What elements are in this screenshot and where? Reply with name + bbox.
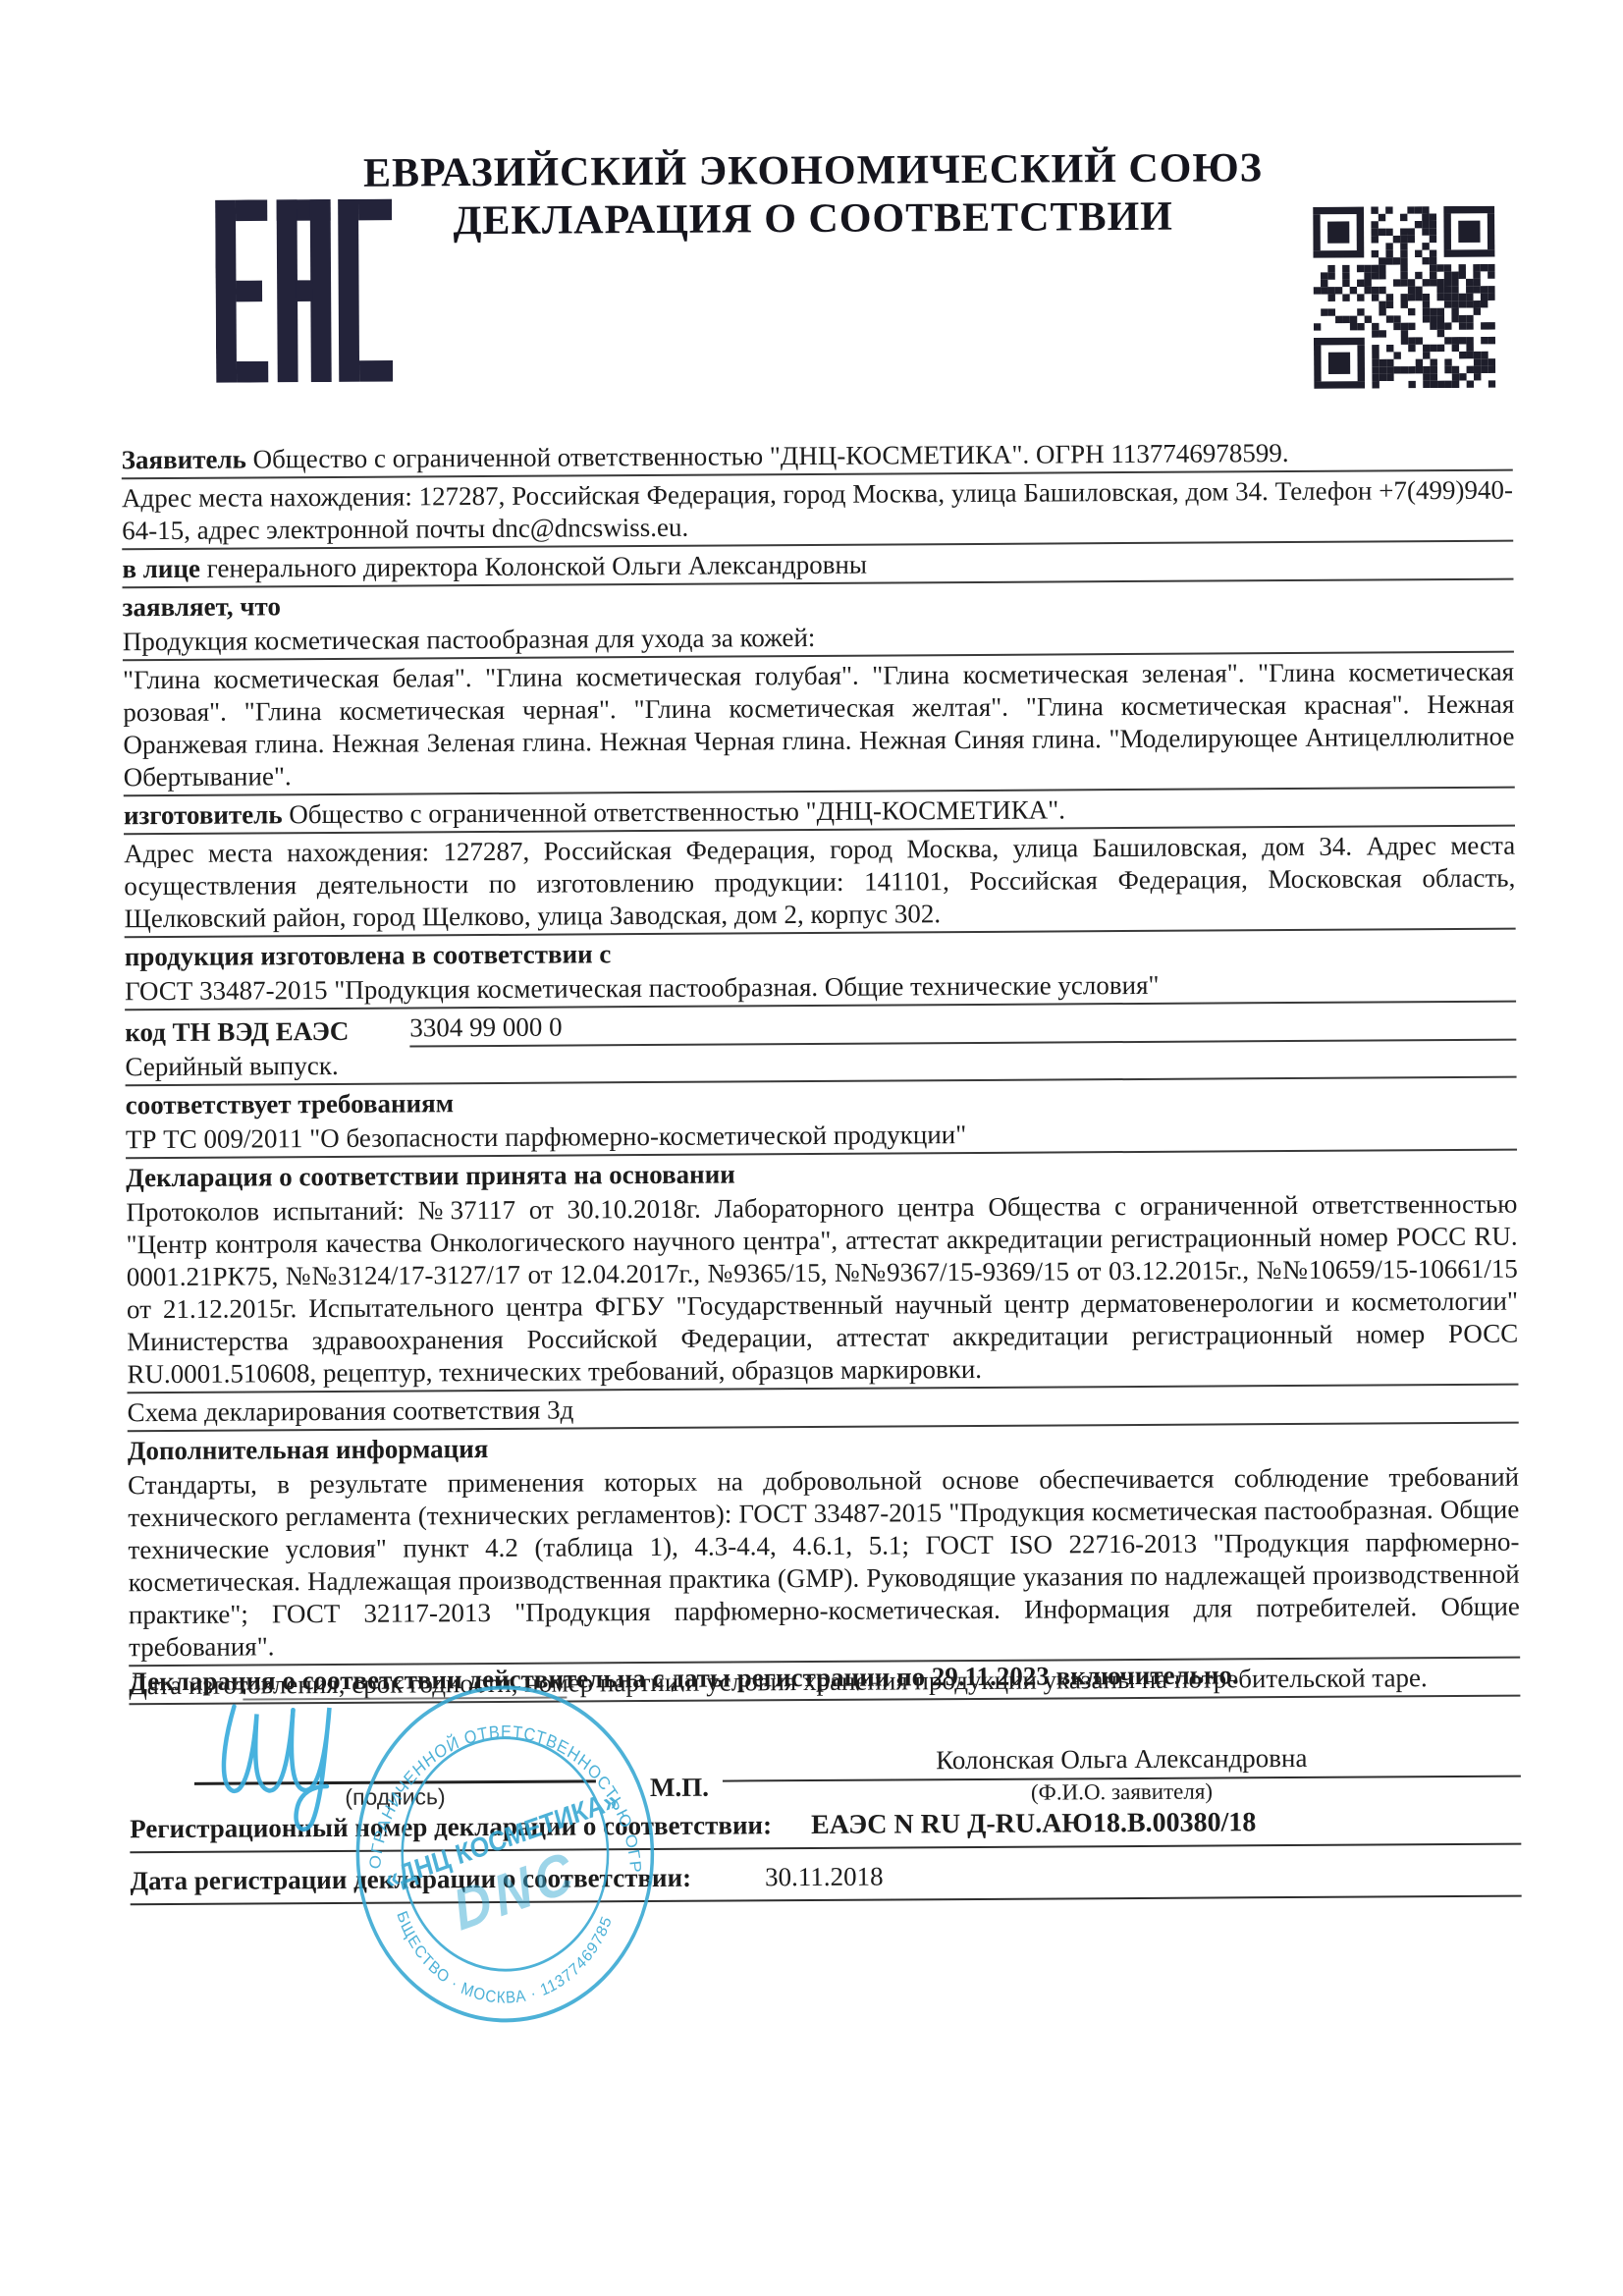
- standards-text: Стандарты, в результате применения котор…: [128, 1461, 1520, 1667]
- declaration-title: ДЕКЛАРАЦИЯ О СООТВЕТСТВИИ: [120, 191, 1506, 248]
- declaration-body: Заявитель Общество с ограниченной ответс…: [122, 436, 1521, 1709]
- basis-text: Протоколов испытаний: №37117 от 30.10.20…: [126, 1188, 1518, 1394]
- gost-row: ГОСТ 33487-2015 "Продукция косметическая…: [125, 967, 1516, 1011]
- in-person-value: генерального директора Колонской Ольги А…: [207, 550, 867, 583]
- company-stamp: С ОГРАНИЧЕННОЙ ОТВЕТСТВЕННОСТЬЮ ОГРН ОБЩ…: [352, 1682, 657, 2026]
- fio-area: Колонская Ольга Александровна (Ф.И.О. за…: [723, 1741, 1521, 1808]
- qr-code-icon: [1313, 206, 1495, 389]
- in-person-label: в лице: [122, 554, 200, 583]
- applicant-row: Заявитель Общество с ограниченной ответс…: [122, 436, 1513, 480]
- serial-row: Серийный выпуск.: [125, 1043, 1516, 1087]
- applicant-fio: Колонская Ольга Александровна: [723, 1741, 1521, 1782]
- product-list: "Глина косметическая белая". "Глина косм…: [123, 656, 1515, 797]
- applicant-value: Общество с ограниченной ответственностью…: [253, 438, 1289, 473]
- registration-date-value: 30.11.2018: [765, 1861, 884, 1894]
- manufacturer-address: Адрес места нахождения: 127287, Российск…: [124, 830, 1516, 939]
- declaration-document: ЕВРАЗИЙСКИЙ ЭКОНОМИЧЕСКИЙ СОЮЗ ДЕКЛАРАЦИ…: [0, 0, 1623, 2296]
- manufacturer-value: Общество с ограниченной ответственностью…: [289, 794, 1065, 829]
- registration-number-value: ЕАЭС N RU Д-RU.АЮ18.В.00380/18: [811, 1806, 1257, 1841]
- applicant-label: Заявитель: [122, 445, 246, 475]
- tnved-code: 3304 99 000 0: [409, 1006, 1516, 1048]
- union-title: ЕВРАЗИЙСКИЙ ЭКОНОМИЧЕСКИЙ СОЮЗ: [120, 143, 1506, 200]
- tr-ts-row: ТР ТС 009/2011 "О безопасности парфюмерн…: [126, 1116, 1517, 1160]
- tnved-row: код ТН ВЭД ЕАЭС 3304 99 000 0: [125, 1006, 1516, 1050]
- handwritten-signature: [212, 1688, 365, 1838]
- manufacturer-row: изготовитель Общество с ограниченной отв…: [124, 792, 1515, 836]
- fio-caption: (Ф.И.О. заявителя): [723, 1777, 1521, 1808]
- scheme-row: Схема декларирования соответствия 3д: [128, 1389, 1519, 1433]
- tnved-label: код ТН ВЭД ЕАЭС: [125, 1015, 349, 1049]
- applicant-address: Адрес места нахождения: 127287, Российск…: [122, 474, 1513, 551]
- stamp-place-label: М.П.: [650, 1772, 709, 1808]
- product-intro: Продукция косметическая пастообразная дл…: [123, 618, 1514, 662]
- scanned-sheet: ЕВРАЗИЙСКИЙ ЭКОНОМИЧЕСКИЙ СОЮЗ ДЕКЛАРАЦИ…: [0, 0, 1623, 2296]
- applicant-person-row: в лице генерального директора Колонской …: [122, 545, 1513, 589]
- manufacturer-label: изготовитель: [124, 799, 283, 830]
- document-header: ЕВРАЗИЙСКИЙ ЭКОНОМИЧЕСКИЙ СОЮЗ ДЕКЛАРАЦИ…: [120, 143, 1507, 248]
- registration-date-row: Дата регистрации декларации о соответств…: [130, 1857, 1521, 1906]
